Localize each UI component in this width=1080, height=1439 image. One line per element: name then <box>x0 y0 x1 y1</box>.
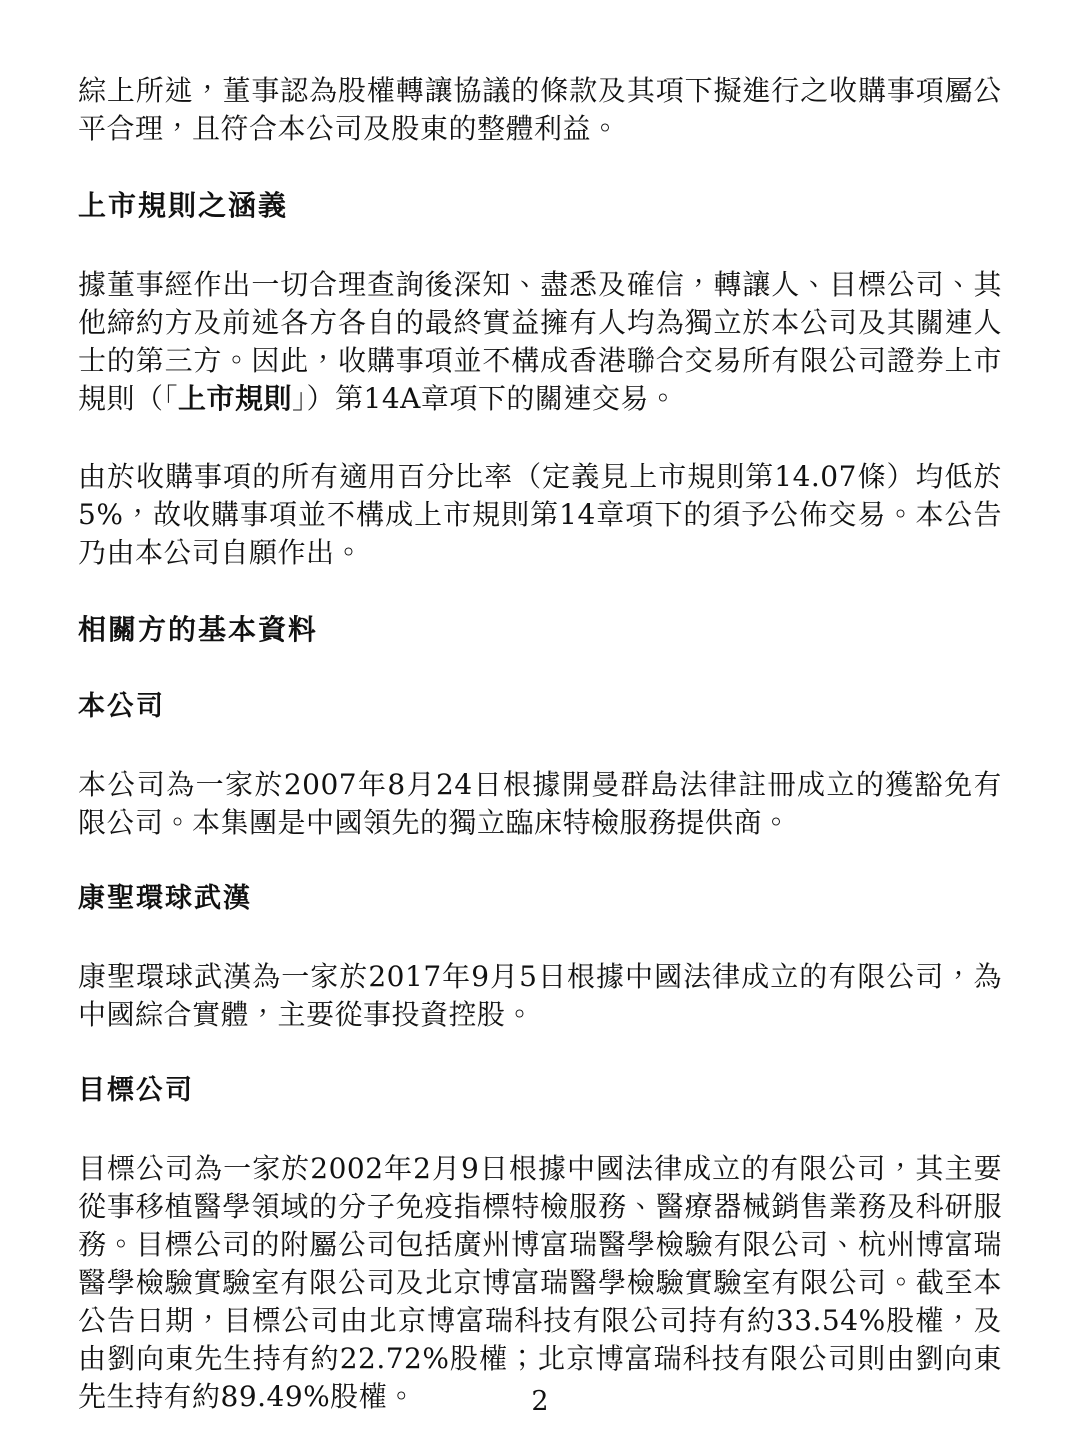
document-page: 綜上所述，董事認為股權轉讓協議的條款及其項下擬進行之收購事項屬公平合理，且符合本… <box>0 0 1080 1439</box>
subheading-target-company: 目標公司 <box>78 1074 1002 1108</box>
paragraph-listing-rules-independence: 據董事經作出一切合理查詢後深知、盡悉及確信，轉讓人、目標公司、其他締約方及前述各… <box>78 266 1002 418</box>
paragraph-target-company: 目標公司為一家於2002年2月9日根據中國法律成立的有限公司，其主要從事移植醫學… <box>78 1150 1002 1416</box>
heading-listing-rules-implications: 上市規則之涵義 <box>78 188 1002 224</box>
paragraph-listing-rules-percentage-ratios: 由於收購事項的所有適用百分比率（定義見上市規則第14.07條）均低於5%，故收購… <box>78 458 1002 572</box>
subheading-kindstar-wuhan: 康聖環球武漢 <box>78 882 1002 916</box>
paragraph-kindstar-wuhan: 康聖環球武漢為一家於2017年9月5日根據中國法律成立的有限公司，為中國綜合實體… <box>78 958 1002 1034</box>
subheading-the-company: 本公司 <box>78 690 1002 724</box>
heading-parties-information: 相關方的基本資料 <box>78 612 1002 648</box>
paragraph-conclusion: 綜上所述，董事認為股權轉讓協議的條款及其項下擬進行之收購事項屬公平合理，且符合本… <box>78 72 1002 148</box>
defined-term-listing-rules: 上市規則 <box>178 382 292 415</box>
page-number: 2 <box>0 1386 1080 1417</box>
paragraph-the-company: 本公司為一家於2007年8月24日根據開曼群島法律註冊成立的獲豁免有限公司。本集… <box>78 766 1002 842</box>
paragraph-text-post: 」）第14A章項下的關連交易。 <box>292 382 677 415</box>
